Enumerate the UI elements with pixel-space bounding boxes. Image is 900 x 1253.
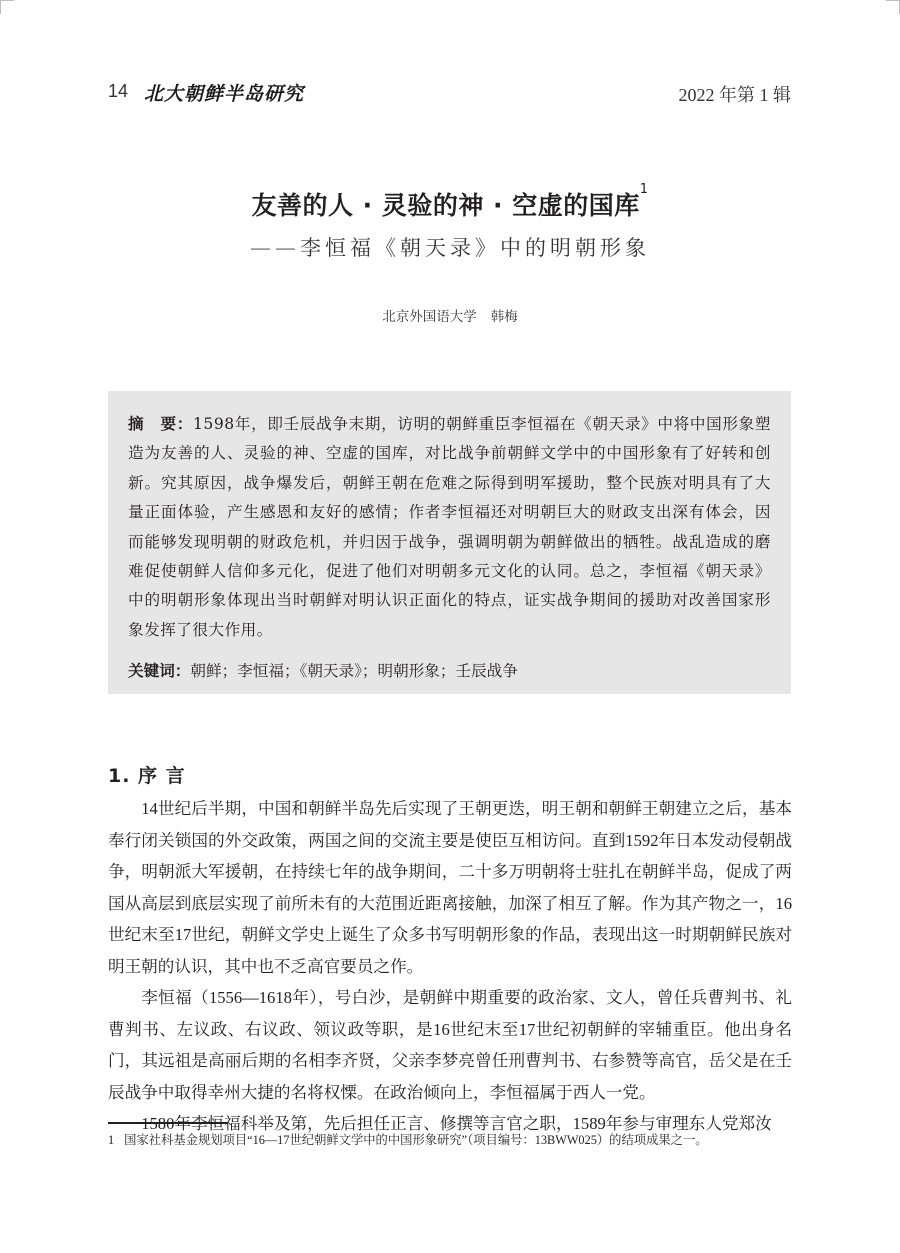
running-header: 14 北大朝鲜半岛研究 2022 年第 1 辑 [108,78,791,106]
body-text: 14世纪后半期，中国和朝鲜半岛先后实现了王朝更迭，明王朝和朝鲜王朝建立之后，基本… [108,793,792,1140]
abstract-box: 摘 要：1598年，即壬辰战争末期，访明的朝鲜重臣李恒福在《朝天录》中将中国形象… [108,391,791,694]
title-block: 友善的人 · 灵验的神 · 空虚的国库1 ——李恒福《朝天录》中的明朝形象 [0,186,900,262]
author-affiliation: 北京外国语大学 [382,309,477,325]
page-number: 14 [108,81,128,102]
footnote-text: 国家社科基金规划项目“16—17世纪朝鲜文学中的中国形象研究”（项目编号：13B… [124,1133,707,1147]
paragraph: 14世纪后半期，中国和朝鲜半岛先后实现了王朝更迭，明王朝和朝鲜王朝建立之后，基本… [108,793,792,982]
footnote-number: 1 [108,1133,114,1147]
footnote-rule [108,1122,228,1124]
author-line: 北京外国语大学韩梅 [0,305,900,325]
journal-name: 北大朝鲜半岛研究 [144,79,304,106]
crop-mark-top-right-h [886,0,900,1]
article-title-text: 友善的人 · 灵验的神 · 空虚的国库 [251,191,639,220]
section-heading: 1. 序 言 [108,761,186,788]
author-name: 韩梅 [491,309,518,325]
footnote: 1国家社科基金规划项目“16—17世纪朝鲜文学中的中国形象研究”（项目编号：13… [108,1130,798,1148]
paragraph: 李恒福（1556—1618年），号白沙，是朝鲜中期重要的政治家、文人，曾任兵曹判… [108,982,792,1108]
article-title: 友善的人 · 灵验的神 · 空虚的国库1 [0,186,900,222]
keywords-label: 关键词： [128,662,190,680]
crop-mark-top-left-v [0,0,1,14]
issue-label: 2022 年第 1 辑 [679,81,792,107]
abstract: 摘 要：1598年，即壬辰战争末期，访明的朝鲜重臣李恒福在《朝天录》中将中国形象… [128,410,771,645]
article-subtitle: ——李恒福《朝天录》中的明朝形象 [0,232,900,262]
keywords-text: 朝鲜；李恒福；《朝天录》；明朝形象；壬辰战争 [190,662,517,680]
title-footnote-marker[interactable]: 1 [640,182,649,197]
keywords: 关键词：朝鲜；李恒福；《朝天录》；明朝形象；壬辰战争 [128,659,771,681]
abstract-label: 摘 要： [128,415,193,433]
crop-mark-top-left-h [0,0,14,1]
abstract-text: 1598年，即壬辰战争末期，访明的朝鲜重臣李恒福在《朝天录》中将中国形象塑造为友… [128,415,771,639]
